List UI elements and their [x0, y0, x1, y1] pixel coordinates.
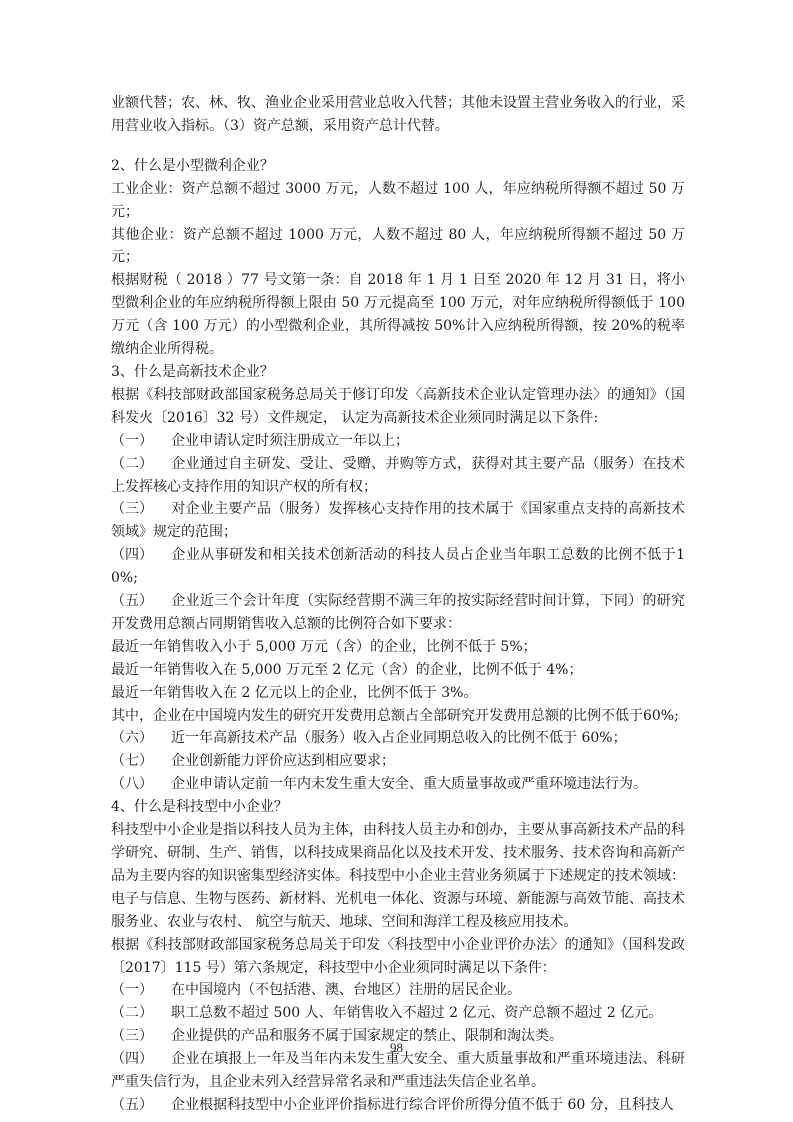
item-text: 企业近三个会计年度（实际经营期不满三年的按实际经营时间计算，下同）的研究开发费用… [111, 593, 685, 632]
paragraph: 其他企业：资产总额不超过 1000 万元，人数不超过 80 人，年应纳税所得额不… [111, 224, 685, 270]
item-text: 职工总数不超过 500 人、年销售收入不超过 2 亿元、资产总额不超过 2 亿元… [171, 1005, 662, 1021]
sub-line: 最近一年销售收入在 5,000 万元至 2 亿元（含）的企业，比例不低于 4%； [111, 659, 685, 682]
sub-line: 最近一年销售收入小于 5,000 万元（含）的企业，比例不低于 5%； [111, 636, 685, 659]
list-item: （五）企业根据科技型中小企业评价指标进行综合评价所得分值不低于 60 分，且科技… [111, 1094, 685, 1117]
list-item: （一）在中国境内（不包括港、澳、台地区）注册的居民企业。 [111, 979, 685, 1002]
paragraph: 科技型中小企业是指以科技人员为主体，由科技人员主办和创办，主要从事高新技术产品的… [111, 819, 685, 934]
item-text: 企业申请认定时须注册成立一年以上； [171, 433, 409, 449]
item-number: （一） [111, 430, 171, 453]
item-text: 企业根据科技型中小企业评价指标进行综合评价所得分值不低于 60 分，且科技人 [171, 1097, 674, 1113]
item-text: 企业从事研发和相关技术创新活动的科技人员占企业当年职工总数的比例不低于10%; [111, 547, 685, 586]
sub-line: 最近一年销售收入在 2 亿元以上的企业，比例不低于 3%。 [111, 682, 685, 705]
sub-line: 其中，企业在中国境内发生的研究开发费用总额占全部研究开发费用总额的比例不低于60… [111, 705, 685, 728]
item-number: （四） [111, 544, 171, 567]
item-text: 近一年高新技术产品（服务）收入占企业同期总收入的比例不低于 60%； [171, 730, 627, 746]
list-item: （五）企业近三个会计年度（实际经营期不满三年的按实际经营时间计算，下同）的研究开… [111, 590, 685, 636]
item-number: （一） [111, 979, 171, 1002]
paragraph: 根据《科技部财政部国家税务总局关于印发〈科技型中小企业评价办法〉的通知》（国科发… [111, 934, 685, 980]
item-text: 对企业主要产品（服务）发挥核心支持作用的技术属于《国家重点支持的高新技术领域》规… [111, 501, 685, 540]
list-item: （二）职工总数不超过 500 人、年销售收入不超过 2 亿元、资产总额不超过 2… [111, 1002, 685, 1025]
item-text: 在中国境内（不包括港、澳、台地区）注册的居民企业。 [171, 982, 521, 998]
list-item: （一）企业申请认定时须注册成立一年以上； [111, 430, 685, 453]
item-number: （五） [111, 590, 171, 613]
item-text: 企业申请认定前一年内未发生重大安全、重大质量事故或严重环境违法行为。 [171, 776, 647, 792]
section-heading: 2、什么是小型微利企业？ [111, 155, 685, 178]
item-number: （五） [111, 1094, 171, 1117]
document-page: 业额代替；农、林、牧、渔业企业采用营业总收入代替；其他未设置主营业务收入的行业，… [111, 92, 685, 1117]
paragraph: 根据《科技部财政部国家税务总局关于修订印发〈高新技术企业认定管理办法〉的通知》（… [111, 384, 685, 430]
list-item: （六）近一年高新技术产品（服务）收入占企业同期总收入的比例不低于 60%； [111, 727, 685, 750]
list-item: （四）企业从事研发和相关技术创新活动的科技人员占企业当年职工总数的比例不低于10… [111, 544, 685, 590]
item-number: （八） [111, 773, 171, 796]
paragraph: 根据财税（ 2018 ）77 号文第一条：自 2018 年 1 月 1 日至 2… [111, 269, 685, 361]
item-number: （三） [111, 498, 171, 521]
paragraph: 业额代替；农、林、牧、渔业企业采用营业总收入代替；其他未设置主营业务收入的行业，… [111, 92, 685, 138]
item-text: 企业在填报上一年及当年内未发生重大安全、重大质量事故和严重环境违法、科研严重失信… [111, 1051, 685, 1090]
list-item: （三）对企业主要产品（服务）发挥核心支持作用的技术属于《国家重点支持的高新技术领… [111, 498, 685, 544]
item-number: （二） [111, 1002, 171, 1025]
list-item: （七）企业创新能力评价应达到相应要求； [111, 750, 685, 773]
item-text: 企业创新能力评价应达到相应要求； [171, 753, 395, 769]
item-text: 企业通过自主研发、受让、受赠、并购等方式，获得对其主要产品（服务）在技术上发挥核… [111, 456, 685, 495]
list-item: （二）企业通过自主研发、受让、受赠、并购等方式，获得对其主要产品（服务）在技术上… [111, 453, 685, 499]
item-number: （六） [111, 727, 171, 750]
item-number: （二） [111, 453, 171, 476]
list-item: （八）企业申请认定前一年内未发生重大安全、重大质量事故或严重环境违法行为。 [111, 773, 685, 796]
item-number: （七） [111, 750, 171, 773]
paragraph: 工业企业：资产总额不超过 3000 万元，人数不超过 100 人，年应纳税所得额… [111, 178, 685, 224]
spacer [111, 138, 685, 155]
page-number: 98 [0, 1040, 793, 1056]
section-heading: 4、什么是科技型中小企业？ [111, 796, 685, 819]
section-heading: 3、什么是高新技术企业？ [111, 361, 685, 384]
